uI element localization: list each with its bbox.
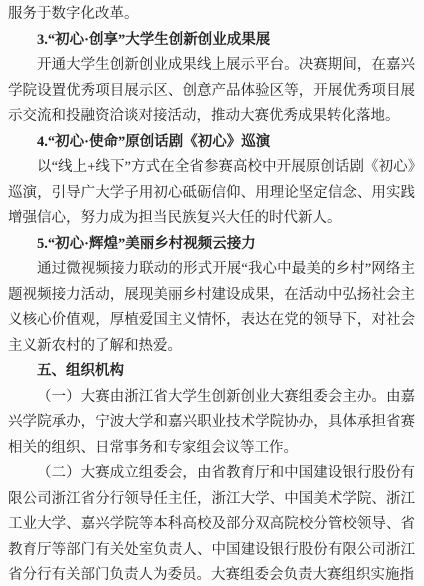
body-paragraph: 服务于数字化改革。 <box>8 2 415 28</box>
sub-heading: 3.“初心·创享”大学生创新创业成果展 <box>8 28 415 54</box>
body-paragraph: （一）大赛由浙江省大学生创新创业大赛组委会主办。由嘉兴学院承办，宁波大学和嘉兴职… <box>8 385 415 462</box>
section-heading: 五、组织机构 <box>8 359 415 385</box>
body-paragraph: 以“线上+线下”方式在全省参赛高校中开展原创话剧《初心》巡演，引导广大学子用初心… <box>8 155 415 232</box>
body-paragraph: （二）大赛成立组委会，由省教育厅和中国建设银行股份有限公司浙江省分行领导任主任，… <box>8 461 415 586</box>
sub-heading: 5.“初心·辉煌”美丽乡村视频云接力 <box>8 232 415 258</box>
document-page: 服务于数字化改革。3.“初心·创享”大学生创新创业成果展开通大学生创新创业成果线… <box>0 0 424 586</box>
sub-heading: 4.“初心·使命”原创话剧《初心》巡演 <box>8 130 415 156</box>
body-paragraph: 开通大学生创新创业成果线上展示平台。决赛期间，在嘉兴学院设置优秀项目展示区、创意… <box>8 53 415 130</box>
body-paragraph: 通过微视频接力联动的形式开展“我心中最美的乡村”网络主题视频接力活动，展现美丽乡… <box>8 257 415 359</box>
document-body: 服务于数字化改革。3.“初心·创享”大学生创新创业成果展开通大学生创新创业成果线… <box>8 2 415 586</box>
